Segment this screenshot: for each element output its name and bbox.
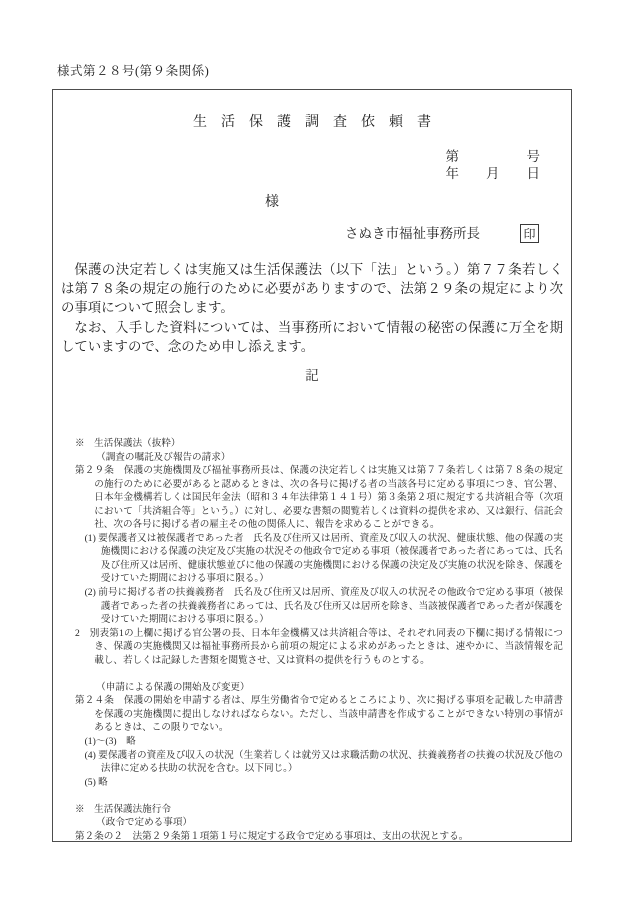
- body-paragraph-request: 保護の決定若しくは実施又は生活保護法（以下「法」という。）第７７条若しくは第７８…: [61, 260, 563, 318]
- note-article-29-item-1: (1) 要保護者又は被保護者であった者 氏名及び住所又は居所、資産及び収入の状況…: [85, 532, 563, 586]
- document-number-line: 第 号: [53, 148, 571, 165]
- document-page: 様式第２８号(第９条関係) 生 活 保 護 調 査 依 頼 書 第 号 年 月 …: [0, 0, 630, 915]
- note-enforcement-order-heading: ※ 生活保護法施行令: [75, 803, 563, 817]
- form-number-label: 様式第２８号(第９条関係): [57, 61, 209, 79]
- legal-notes: ※ 生活保護法（抜粋） （調査の嘱託及び報告の請求） 第２９条 保護の実施機関及…: [53, 437, 571, 842]
- document-title: 生 活 保 護 調 査 依 頼 書: [53, 111, 571, 131]
- sender-name: さぬき市福祉事務所長: [345, 224, 480, 243]
- sender-row: さぬき市福祉事務所長 印: [53, 224, 571, 243]
- note-article-29-paragraph-2: 2 別表第1の上欄に掲げる官公署の長、日本年金機構又は共済組合等は、それぞれ同表…: [75, 627, 563, 668]
- note-article-2-2: 第２条の２ 法第２９条第１項第１号に規定する政令で定める事項は、支出の状況とする…: [75, 830, 563, 842]
- note-article-24-item-4: (4) 要保護者の資産及び収入の状況（生業若しくは就労又は求職活動の状況、扶養義…: [85, 749, 563, 776]
- note-article-24: 第２４条 保護の開始を申請する者は、厚生労働省令で定めるところにより、次に掲げる…: [75, 694, 563, 735]
- note-section-caption-cabinet: （政令で定める事項）: [96, 816, 563, 830]
- body-paragraph-confidentiality: なお、入手した資料については、当事務所において情報の秘密の保護に万全を期していま…: [61, 318, 563, 356]
- document-frame: 生 活 保 護 調 査 依 頼 書 第 号 年 月 日 様 さぬき市福祉事務所長…: [52, 89, 572, 842]
- document-date-line: 年 月 日: [53, 165, 571, 182]
- record-heading: 記: [53, 364, 571, 384]
- note-article-24-items-1-3: (1)～(3) 略: [85, 735, 563, 749]
- note-article-29-item-2: (2) 前号に掲げる者の扶養義務者 氏名及び住所又は居所、資産及び収入の状況その…: [85, 586, 563, 627]
- note-article-24-item-5: (5) 略: [85, 776, 563, 790]
- note-section-caption-survey: （調査の嘱託及び報告の請求）: [96, 451, 563, 465]
- seal-box: 印: [520, 224, 539, 243]
- note-article-29: 第２９条 保護の実施機関及び福祉事務所長は、保護の決定若しくは実施又は第７７条若…: [75, 464, 563, 532]
- letter-body: 保護の決定若しくは実施又は生活保護法（以下「法」という。）第７７条若しくは第７８…: [53, 260, 571, 356]
- addressee-honorific: 様: [53, 191, 571, 211]
- note-law-excerpt-heading: ※ 生活保護法（抜粋）: [75, 437, 563, 451]
- note-section-caption-apply: （申請による保護の開始及び変更）: [96, 681, 563, 695]
